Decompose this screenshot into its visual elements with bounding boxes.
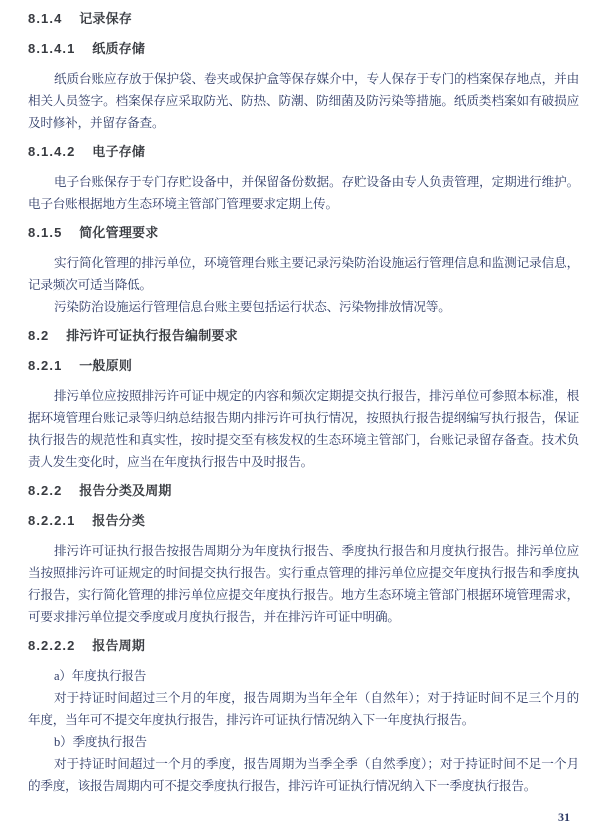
heading-title: 纸质存储 — [92, 41, 145, 56]
heading-8-2-execution-report-requirements: 8.2 排污许可证执行报告编制要求 — [28, 325, 579, 347]
page-number: 31 — [558, 810, 570, 825]
heading-8-1-4-record-keeping: 8.1.4 记录保存 — [28, 8, 579, 30]
heading-8-2-1-general-principles: 8.2.1 一般原则 — [28, 355, 579, 377]
paragraph-electronic-storage: 电子台账保存于专门存贮设备中，并保留备份数据。存贮设备由专人负责管理，定期进行维… — [28, 171, 579, 215]
paragraph-quarterly-report-period: 对于持证时间超过一个月的季度，报告周期为当季全季（自然季度）；对于持证时间不足一… — [28, 753, 579, 797]
heading-8-2-2-2-report-period: 8.2.2.2 报告周期 — [28, 635, 579, 657]
document-content: 8.1.4 记录保存 8.1.4.1 纸质存储 纸质台账应存放于保护袋、卷夹或保… — [28, 0, 579, 797]
heading-title: 电子存储 — [92, 144, 145, 159]
heading-number: 8.2.2.1 — [28, 513, 75, 528]
heading-8-1-4-1-paper-storage: 8.1.4.1 纸质存储 — [28, 38, 579, 60]
heading-title: 报告分类及周期 — [79, 483, 171, 498]
heading-number: 8.1.4.2 — [28, 144, 75, 159]
paragraph-report-classification: 排污许可证执行报告按报告周期分为年度执行报告、季度执行报告和月度执行报告。排污单… — [28, 540, 579, 628]
heading-number: 8.1.4 — [28, 11, 62, 26]
item-annual-report-label: a）年度执行报告 — [28, 665, 579, 687]
heading-title: 排污许可证执行报告编制要求 — [66, 328, 238, 343]
heading-title: 报告周期 — [92, 638, 145, 653]
paragraph-simplified-management: 实行简化管理的排污单位，环境管理台账主要记录污染防治设施运行管理信息和监测记录信… — [28, 252, 579, 296]
heading-8-1-5-simplified-management: 8.1.5 简化管理要求 — [28, 222, 579, 244]
heading-number: 8.2.2 — [28, 483, 62, 498]
item-quarterly-report-label: b）季度执行报告 — [28, 731, 579, 753]
heading-title: 报告分类 — [92, 513, 145, 528]
heading-number: 8.2.1 — [28, 358, 62, 373]
paragraph-general-principles: 排污单位应按照排污许可证中规定的内容和频次定期提交执行报告，排污单位可参照本标准… — [28, 385, 579, 473]
heading-title: 一般原则 — [79, 358, 132, 373]
heading-title: 简化管理要求 — [79, 225, 158, 240]
heading-number: 8.2.2.2 — [28, 638, 75, 653]
heading-8-2-2-report-types-and-periods: 8.2.2 报告分类及周期 — [28, 480, 579, 502]
heading-8-2-2-1-report-classification: 8.2.2.1 报告分类 — [28, 510, 579, 532]
heading-number: 8.1.4.1 — [28, 41, 75, 56]
heading-title: 记录保存 — [79, 11, 132, 26]
paragraph-paper-storage: 纸质台账应存放于保护袋、卷夹或保护盒等保存媒介中，专人保存于专门的档案保存地点，… — [28, 68, 579, 134]
heading-number: 8.2 — [28, 328, 49, 343]
heading-number: 8.1.5 — [28, 225, 62, 240]
heading-8-1-4-2-electronic-storage: 8.1.4.2 电子存储 — [28, 141, 579, 163]
document-page: 8.1.4 记录保存 8.1.4.1 纸质存储 纸质台账应存放于保护袋、卷夹或保… — [0, 0, 604, 834]
paragraph-facility-ledger-contents: 污染防治设施运行管理信息台账主要包括运行状态、污染物排放情况等。 — [28, 296, 579, 318]
paragraph-annual-report-period: 对于持证时间超过三个月的年度，报告周期为当年全年（自然年）；对于持证时间不足三个… — [28, 687, 579, 731]
